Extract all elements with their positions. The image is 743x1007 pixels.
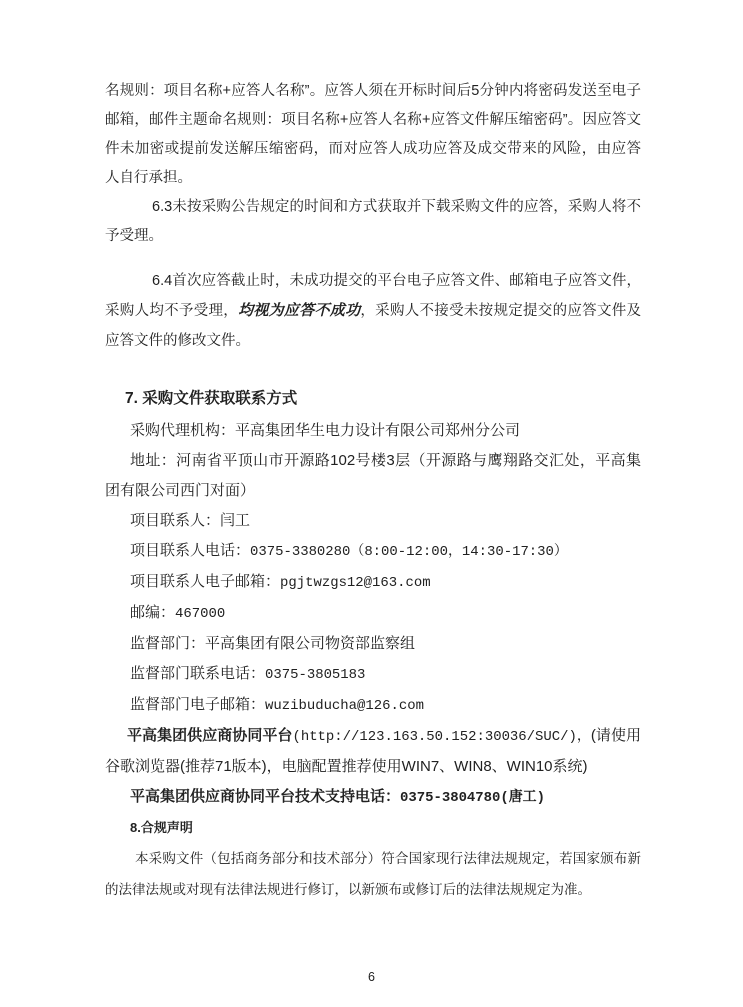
line-agency: 采购代理机构：平高集团华生电力设计有限公司郑州分公司 [105,416,641,446]
document-page: 名规则：项目名称+应答人名称”。应答人须在开标时间后5分钟内将密码发送至电子邮箱… [0,0,743,1007]
line-contact-email: 项目联系人电子邮箱：pgjtwzgs12@163.com [105,567,641,598]
line-supervisor-email: 监督部门电子邮箱：wuzibuducha@126.com [105,690,641,721]
paragraph-platform: 平高集团供应商协同平台(http://123.163.50.152:30036/… [105,721,641,782]
contact-email-label: 项目联系人电子邮箱： [130,573,280,590]
line-platform-support: 平高集团供应商协同平台技术支持电话：0375-3804780(唐工) [105,782,641,813]
paragraph-6-4: 6.4首次应答截止时，未成功提交的平台电子应答文件、邮箱电子应答文件，采购人均不… [105,266,641,356]
line-postcode: 邮编：467000 [105,598,641,629]
supervisor-email-value: wuzibuducha@126.com [265,698,424,714]
platform-url: (http://123.163.50.152:30036/SUC/)， [292,729,590,745]
supervisor-phone-label: 监督部门联系电话： [130,665,265,682]
page-number: 6 [0,970,743,984]
platform-name: 平高集团供应商协同平台 [127,727,292,744]
section-7-heading: 7. 采购文件获取联系方式 [105,384,641,414]
platform-support-value: 0375-3804780(唐工) [400,790,545,806]
contact-phone-label: 项目联系人电话： [130,542,250,559]
postcode-value: 467000 [175,606,225,622]
section-8-heading: 8.合规声明 [105,813,641,843]
supervisor-phone-value: 0375-3805183 [265,667,365,683]
paragraph-6-3: 6.3未按采购公告规定的时间和方式获取并下载采购文件的应答，采购人将不予受理。 [105,193,641,251]
postcode-label: 邮编： [130,604,175,621]
line-supervisor-dept: 监督部门：平高集团有限公司物资部监察组 [105,629,641,659]
line-supervisor-phone: 监督部门联系电话：0375-3805183 [105,659,641,690]
supervisor-email-label: 监督部门电子邮箱： [130,696,265,713]
contact-phone-value: 0375-3380280（8:00-12:00，14:30-17:30） [250,544,568,560]
contact-email-value: pgjtwzgs12@163.com [280,575,431,591]
line-contact-person: 项目联系人：闫工 [105,506,641,536]
line-contact-phone: 项目联系人电话：0375-3380280（8:00-12:00，14:30-17… [105,536,641,567]
platform-support-label: 平高集团供应商协同平台技术支持电话： [130,788,400,805]
document-content: 名规则：项目名称+应答人名称”。应答人须在开标时间后5分钟内将密码发送至电子邮箱… [105,77,641,905]
emphasis-6-4: 均视为应答不成功 [238,302,360,319]
paragraph-compliance: 本采购文件（包括商务部分和技术部分）符合国家现行法律法规规定，若国家颁布新的法律… [105,843,641,905]
paragraph-password-rules: 名规则：项目名称+应答人名称”。应答人须在开标时间后5分钟内将密码发送至电子邮箱… [105,77,641,193]
line-address: 地址：河南省平顶山市开源路102号楼3层（开源路与鹰翔路交汇处，平高集团有限公司… [105,446,641,506]
